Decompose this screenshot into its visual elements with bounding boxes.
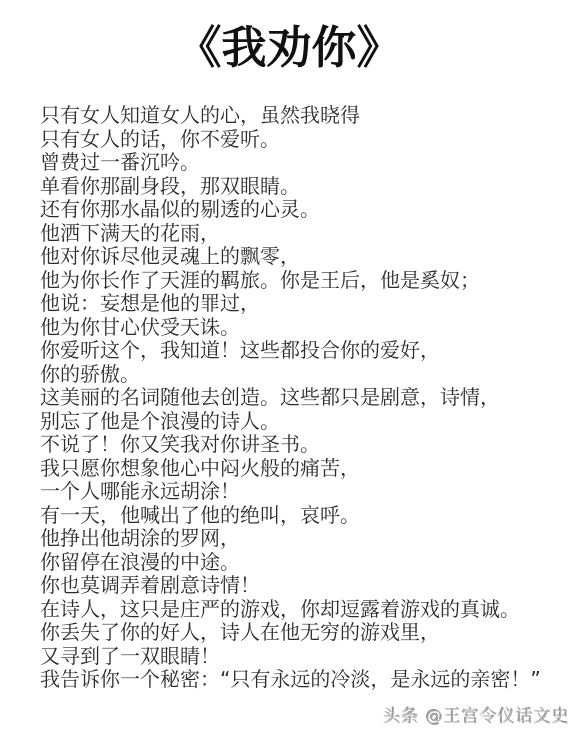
poem-line: 他说：妄想是他的罪过， <box>40 292 558 316</box>
poem-line: 别忘了他是个浪漫的诗人。 <box>40 410 558 434</box>
poem-body: 只有女人知道女人的心，虽然我晓得 只有女人的话，你不爱听。 曾费过一番沉吟。 单… <box>40 104 558 692</box>
poem-line: 只有女人的话，你不爱听。 <box>40 128 558 152</box>
poem-line: 只有女人知道女人的心，虽然我晓得 <box>40 104 558 128</box>
poem-line: 他对你诉尽他灵魂上的飘零， <box>40 245 558 269</box>
poem-line: 你丢失了你的好人，诗人在他无穷的游戏里， <box>40 621 558 645</box>
poem-line: 有一天，他喊出了他的绝叫，哀呼。 <box>40 504 558 528</box>
poem-line: 你爱听这个，我知道！这些都投合你的爱好， <box>40 339 558 363</box>
poem-line: 我告诉你一个秘密：“只有永远的冷淡，是永远的亲密！” <box>40 668 558 692</box>
poem-line: 曾费过一番沉吟。 <box>40 151 558 175</box>
poem-line: 他为你长作了天涯的羁旅。你是王后，他是奚奴； <box>40 269 558 293</box>
poem-line: 他洒下满天的花雨， <box>40 222 558 246</box>
poem-page: 《我劝你》 只有女人知道女人的心，虽然我晓得 只有女人的话，你不爱听。 曾费过一… <box>0 0 578 735</box>
poem-line: 这美丽的名词随他去创造。这些都只是剧意，诗情， <box>40 386 558 410</box>
poem-line: 不说了！你又笑我对你讲圣书。 <box>40 433 558 457</box>
poem-line: 他为你甘心伏受天诛。 <box>40 316 558 340</box>
poem-line: 在诗人，这只是庄严的游戏，你却逗露着游戏的真诚。 <box>40 598 558 622</box>
poem-title: 《我劝你》 <box>0 0 578 76</box>
poem-line: 你留停在浪漫的中途。 <box>40 551 558 575</box>
poem-line: 一个人哪能永远胡涂！ <box>40 480 558 504</box>
poem-line: 你的骄傲。 <box>40 363 558 387</box>
poem-line: 我只愿你想象他心中闷火般的痛苦， <box>40 457 558 481</box>
poem-line: 他挣出他胡涂的罗网， <box>40 527 558 551</box>
poem-line: 你也莫调弄着剧意诗情！ <box>40 574 558 598</box>
poem-line: 又寻到了一双眼睛！ <box>40 645 558 669</box>
toutiao-watermark: 头条 @王宫令仪话文史 <box>384 707 570 728</box>
poem-line: 单看你那副身段，那双眼睛。 <box>40 175 558 199</box>
poem-line: 还有你那水晶似的剔透的心灵。 <box>40 198 558 222</box>
